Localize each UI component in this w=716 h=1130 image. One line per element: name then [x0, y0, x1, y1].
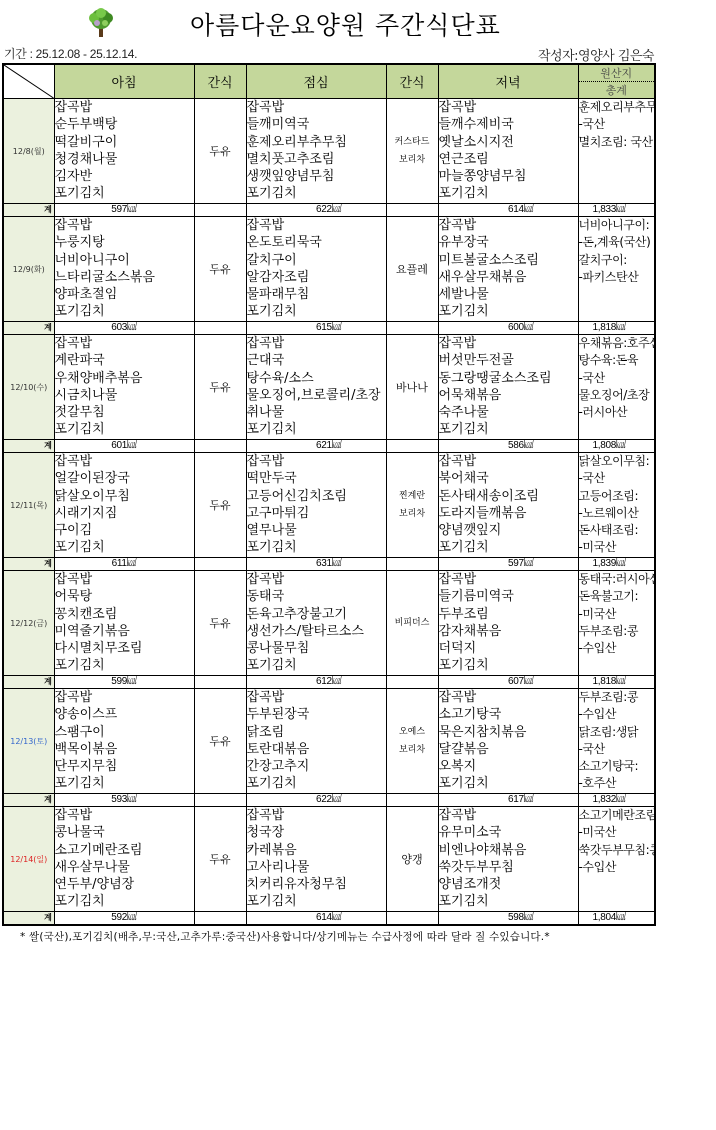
snack1-cell: 두유 — [194, 217, 246, 322]
menu-item: 옛날소시지전 — [439, 134, 578, 151]
menu-item: 버섯만두전골 — [439, 352, 578, 369]
snack2-cell: 찐계란보리차 — [386, 453, 438, 558]
menu-item: -국산 — [579, 470, 655, 487]
snack2-cell: 커스타드보리차 — [386, 99, 438, 204]
menu-item: 갈치구이 — [247, 252, 386, 269]
menu-item: 콩나물무침 — [247, 640, 386, 657]
diagonal-corner-cell — [3, 64, 54, 99]
menu-item: 포기김치 — [247, 539, 386, 556]
menu-item: 잡곡밥 — [55, 335, 194, 352]
col-header-breakfast: 아침 — [54, 64, 194, 99]
menu-item: 돈육불고기: — [579, 588, 655, 605]
menu-item: 잡곡밥 — [439, 807, 578, 824]
menu-item: 단무지무침 — [55, 758, 194, 775]
menu-item: 순두부백탕 — [55, 116, 194, 133]
total-row-label: 계 — [3, 912, 54, 926]
menu-item: 김자반 — [55, 168, 194, 185]
menu-item: 잡곡밥 — [247, 217, 386, 234]
empty-cell — [386, 676, 438, 689]
menu-item: 포기김치 — [247, 657, 386, 674]
lunch-cell: 잡곡밥들깨미역국훈제오리부추무침멸치풋고추조림생깻잎양념무침포기김치 — [246, 99, 386, 204]
menu-item: -국산 — [579, 741, 655, 758]
total-row-label: 계 — [3, 794, 54, 807]
menu-item: -수입산 — [579, 640, 655, 657]
menu-item: 토란대볶음 — [247, 741, 386, 758]
menu-item: 포기김치 — [55, 657, 194, 674]
day-total-kcal: 1,818㎉ — [578, 322, 655, 335]
day-row: 12/9(화)잡곡밥누룽지탕너비아니구이느타리굴소스볶음양파초절임포기김치두유잡… — [3, 217, 655, 322]
menu-item: 잡곡밥 — [55, 99, 194, 116]
menu-item: 계란파국 — [55, 352, 194, 369]
menu-item: 잡곡밥 — [55, 689, 194, 706]
breakfast-kcal: 593㎉ — [54, 794, 194, 807]
menu-item: 잡곡밥 — [439, 99, 578, 116]
menu-item: 물오징어/초장 — [579, 387, 655, 404]
menu-item: 묵은지참치볶음 — [439, 724, 578, 741]
origin-cell: 훈제오리부추무침: -국산멸치조림: 국산 — [578, 99, 655, 204]
kcal-total-row: 계597㎉622㎉614㎉1,833㎉ — [3, 204, 655, 217]
snack2-cell: 오예스보리차 — [386, 689, 438, 794]
menu-item: 포기김치 — [247, 185, 386, 202]
empty-cell — [194, 676, 246, 689]
day-row: 12/14(일)잡곡밥콩나물국소고기메란조림새우살무나물연두부/양념장포기김치두… — [3, 807, 655, 912]
menu-item: 탕수육/소스 — [247, 370, 386, 387]
menu-item: 구이김 — [55, 522, 194, 539]
day-total-kcal: 1,808㎉ — [578, 440, 655, 453]
col-header-dinner: 저녁 — [438, 64, 578, 99]
menu-item: 고등어신김치조림 — [247, 488, 386, 505]
menu-item: 포기김치 — [439, 539, 578, 556]
menu-item: 백목이볶음 — [55, 741, 194, 758]
menu-item: 떡만두국 — [247, 470, 386, 487]
menu-item: 시래기지짐 — [55, 505, 194, 522]
dinner-kcal: 586㎉ — [438, 440, 578, 453]
menu-item: 두부조림:콩 — [579, 623, 655, 640]
empty-cell — [194, 440, 246, 453]
menu-item: 닭살오이무침 — [55, 488, 194, 505]
menu-item: 멸치풋고추조림 — [247, 151, 386, 168]
kcal-total-row: 계601㎉621㎉586㎉1,808㎉ — [3, 440, 655, 453]
lunch-cell: 잡곡밥떡만두국고등어신김치조림고구마튀김열무나물포기김치 — [246, 453, 386, 558]
breakfast-cell: 잡곡밥누룽지탕너비아니구이느타리굴소스볶음양파초절임포기김치 — [54, 217, 194, 322]
menu-item: 느타리굴소스볶음 — [55, 269, 194, 286]
menu-item: 도라지들깨볶음 — [439, 505, 578, 522]
dinner-cell: 잡곡밥소고기탕국묵은지참치볶음달걀볶음오복지포기김치 — [438, 689, 578, 794]
period-label: 기간 : 25.12.08 - 25.12.14. — [4, 45, 137, 62]
menu-item: 쑥갓두부무침 — [439, 859, 578, 876]
menu-item: 연근조림 — [439, 151, 578, 168]
origin-cell: 너비아니구이: -돈,계육(국산)갈치구이: -파키스탄산 — [578, 217, 655, 322]
menu-item: 양념조개젓 — [439, 876, 578, 893]
dinner-kcal: 617㎉ — [438, 794, 578, 807]
menu-item: 잡곡밥 — [439, 217, 578, 234]
day-total-kcal: 1,804㎉ — [578, 912, 655, 926]
menu-item: 젓갈무침 — [55, 404, 194, 421]
menu-item: -국산 — [579, 116, 655, 133]
dinner-kcal: 607㎉ — [438, 676, 578, 689]
breakfast-cell: 잡곡밥얼갈이된장국닭살오이무침시래기지짐구이김포기김치 — [54, 453, 194, 558]
menu-item: 탕수육:돈육 — [579, 352, 655, 369]
day-total-kcal: 1,818㎉ — [578, 676, 655, 689]
day-label: 12/11(목) — [3, 453, 54, 558]
lunch-kcal: 614㎉ — [246, 912, 386, 926]
menu-item: 돈육고추장불고기 — [247, 606, 386, 623]
menu-item: 양파초절임 — [55, 286, 194, 303]
lunch-kcal: 615㎉ — [246, 322, 386, 335]
menu-item: 돈사태조림: — [579, 522, 655, 539]
empty-cell — [386, 322, 438, 335]
menu-item: 오복지 — [439, 758, 578, 775]
total-row-label: 계 — [3, 204, 54, 217]
snack2-cell: 바나나 — [386, 335, 438, 440]
menu-item: 달걀볶음 — [439, 741, 578, 758]
menu-item: 생선가스/탈타르소스 — [247, 623, 386, 640]
day-row: 12/11(목)잡곡밥얼갈이된장국닭살오이무침시래기지짐구이김포기김치두유잡곡밥… — [3, 453, 655, 558]
menu-item: 두부조림:콩 — [579, 689, 655, 706]
breakfast-kcal: 592㎉ — [54, 912, 194, 926]
menu-item: 더덕지 — [439, 640, 578, 657]
menu-item: 쑥갓두부무침:콩 — [579, 842, 655, 859]
dinner-kcal: 598㎉ — [438, 912, 578, 926]
col-header-snack2: 간식 — [386, 64, 438, 99]
menu-item: 갈치구이: — [579, 252, 655, 269]
menu-item: 청국장 — [247, 824, 386, 841]
menu-item: 포기김치 — [55, 539, 194, 556]
menu-item: 포기김치 — [55, 421, 194, 438]
snack1-cell: 두유 — [194, 99, 246, 204]
menu-item: 얼갈이된장국 — [55, 470, 194, 487]
footer-note: * 쌀(국산),포기김치(배추,무:국산,고추가루:중국산)사용합니다/상기메뉴… — [20, 929, 550, 944]
dinner-cell: 잡곡밥북어채국돈사태새송이조림도라지들깨볶음양념깻잎지포기김치 — [438, 453, 578, 558]
menu-item: -미국산 — [579, 539, 655, 556]
menu-item: -돈,계육(국산) — [579, 234, 655, 251]
menu-item: 포기김치 — [247, 303, 386, 320]
menu-item: 스팸구이 — [55, 724, 194, 741]
day-label: 12/14(일) — [3, 807, 54, 912]
day-label: 12/8(월) — [3, 99, 54, 204]
menu-item: 포기김치 — [55, 185, 194, 202]
menu-item: 시금치나물 — [55, 387, 194, 404]
menu-item: 닭조림:생닭 — [579, 724, 655, 741]
menu-item: 청경채나물 — [55, 151, 194, 168]
menu-item: 고사리나물 — [247, 859, 386, 876]
menu-item: 소고기탕국: — [579, 758, 655, 775]
menu-item: 포기김치 — [439, 657, 578, 674]
col-header-snack1: 간식 — [194, 64, 246, 99]
menu-item: 다시멸치무조림 — [55, 640, 194, 657]
menu-item: 열무나물 — [247, 522, 386, 539]
menu-item: 미역줄기볶음 — [55, 623, 194, 640]
snack1-cell: 두유 — [194, 571, 246, 676]
menu-item: 포기김치 — [439, 303, 578, 320]
lunch-kcal: 612㎉ — [246, 676, 386, 689]
menu-item: 잡곡밥 — [439, 335, 578, 352]
menu-item: 우채볶음:호주산 — [579, 335, 655, 352]
menu-item: 잡곡밥 — [55, 571, 194, 588]
empty-cell — [386, 204, 438, 217]
snack1-cell: 두유 — [194, 453, 246, 558]
day-row: 12/13(토)잡곡밥양송이스프스팸구이백목이볶음단무지무침포기김치두유잡곡밥두… — [3, 689, 655, 794]
menu-item: 양송이스프 — [55, 706, 194, 723]
menu-item: 소고기탕국 — [439, 706, 578, 723]
menu-item: 누룽지탕 — [55, 234, 194, 251]
empty-cell — [194, 322, 246, 335]
menu-item: 물파래무침 — [247, 286, 386, 303]
menu-item: 마늘쫑양념무침 — [439, 168, 578, 185]
menu-item: 새우살무채볶음 — [439, 269, 578, 286]
menu-item: 꽁치캔조림 — [55, 606, 194, 623]
menu-item: 포기김치 — [247, 421, 386, 438]
menu-item: 잡곡밥 — [439, 689, 578, 706]
total-row-label: 계 — [3, 322, 54, 335]
menu-item: 알감자조림 — [247, 269, 386, 286]
lunch-cell: 잡곡밥두부된장국닭조림토란대볶음간장고추지포기김치 — [246, 689, 386, 794]
menu-item: 온도토리묵국 — [247, 234, 386, 251]
lunch-kcal: 622㎉ — [246, 204, 386, 217]
col-header-lunch: 점심 — [246, 64, 386, 99]
kcal-total-row: 계592㎉614㎉598㎉1,804㎉ — [3, 912, 655, 926]
menu-item: 두부된장국 — [247, 706, 386, 723]
dinner-kcal: 597㎉ — [438, 558, 578, 571]
empty-cell — [386, 558, 438, 571]
empty-cell — [194, 912, 246, 926]
origin-cell: 동태국:러시아산돈육불고기: -미국산두부조림:콩 -수입산 — [578, 571, 655, 676]
menu-item: -국산 — [579, 370, 655, 387]
origin-cell: 닭살오이무침: -국산고등어조림: -노르웨이산돈사태조림: -미국산 — [578, 453, 655, 558]
menu-item: 포기김치 — [439, 421, 578, 438]
menu-item: -파키스탄산 — [579, 269, 655, 286]
menu-item: 잡곡밥 — [247, 689, 386, 706]
menu-item: -수입산 — [579, 706, 655, 723]
snack1-cell: 두유 — [194, 335, 246, 440]
origin-cell: 우채볶음:호주산탕수육:돈육 -국산물오징어/초장 -러시아산 — [578, 335, 655, 440]
page-title: 아름다운요양원 주간식단표 — [190, 6, 501, 42]
menu-item: 감자채볶음 — [439, 623, 578, 640]
day-label: 12/9(화) — [3, 217, 54, 322]
breakfast-cell: 잡곡밥콩나물국소고기메란조림새우살무나물연두부/양념장포기김치 — [54, 807, 194, 912]
menu-item: 멸치조림: 국산 — [579, 134, 655, 151]
menu-item: 잡곡밥 — [55, 807, 194, 824]
menu-item: 잡곡밥 — [247, 99, 386, 116]
menu-item: 미트볼굴소스조림 — [439, 252, 578, 269]
total-row-label: 계 — [3, 558, 54, 571]
lunch-cell: 잡곡밥청국장카레볶음고사리나물치커리유자청무침포기김치 — [246, 807, 386, 912]
menu-item: 생깻잎양념무침 — [247, 168, 386, 185]
table-header-row: 아침 간식 점심 간식 저녁 원산지총계 — [3, 64, 655, 99]
menu-item: -노르웨이산 — [579, 505, 655, 522]
menu-item: 훈제오리부추무침: — [579, 99, 655, 116]
menu-item: 너비아니구이 — [55, 252, 194, 269]
menu-item: 치커리유자청무침 — [247, 876, 386, 893]
breakfast-cell: 잡곡밥순두부백탕떡갈비구이청경채나물김자반포기김치 — [54, 99, 194, 204]
menu-item: 잡곡밥 — [247, 571, 386, 588]
origin-cell: 소고기메란조림: -미국산쑥갓두부무침:콩 -수입산 — [578, 807, 655, 912]
lunch-cell: 잡곡밥동태국돈육고추장불고기생선가스/탈타르소스콩나물무침포기김치 — [246, 571, 386, 676]
menu-item: -미국산 — [579, 606, 655, 623]
empty-cell — [194, 558, 246, 571]
col-header-origin-total: 원산지총계 — [578, 64, 655, 99]
breakfast-cell: 잡곡밥양송이스프스팸구이백목이볶음단무지무침포기김치 — [54, 689, 194, 794]
lunch-cell: 잡곡밥근대국탕수육/소스물오징어,브로콜리/초장취나물포기김치 — [246, 335, 386, 440]
menu-item: 잡곡밥 — [55, 217, 194, 234]
menu-item: 동그랑땡굴소스조림 — [439, 370, 578, 387]
empty-cell — [194, 794, 246, 807]
menu-item: -호주산 — [579, 775, 655, 792]
lunch-kcal: 621㎉ — [246, 440, 386, 453]
menu-item: 유부장국 — [439, 234, 578, 251]
menu-item: 잡곡밥 — [247, 335, 386, 352]
breakfast-kcal: 611㎉ — [54, 558, 194, 571]
day-label: 12/13(토) — [3, 689, 54, 794]
kcal-total-row: 계599㎉612㎉607㎉1,818㎉ — [3, 676, 655, 689]
origin-cell: 두부조림:콩 -수입산닭조림:생닭 -국산소고기탕국: -호주산 — [578, 689, 655, 794]
menu-item: 떡갈비구이 — [55, 134, 194, 151]
menu-item: 연두부/양념장 — [55, 876, 194, 893]
day-label: 12/12(금) — [3, 571, 54, 676]
menu-item: 세발나물 — [439, 286, 578, 303]
kcal-total-row: 계611㎉631㎉597㎉1,839㎉ — [3, 558, 655, 571]
menu-item: 두부조림 — [439, 606, 578, 623]
menu-item: 동태국:러시아산 — [579, 571, 655, 588]
menu-item: 고등어조림: — [579, 488, 655, 505]
day-total-kcal: 1,832㎉ — [578, 794, 655, 807]
dinner-kcal: 600㎉ — [438, 322, 578, 335]
empty-cell — [386, 794, 438, 807]
day-total-kcal: 1,839㎉ — [578, 558, 655, 571]
menu-item: 들깨미역국 — [247, 116, 386, 133]
menu-item: 어묵탕 — [55, 588, 194, 605]
menu-item: 근대국 — [247, 352, 386, 369]
day-label: 12/10(수) — [3, 335, 54, 440]
day-row: 12/12(금)잡곡밥어묵탕꽁치캔조림미역줄기볶음다시멸치무조림포기김치두유잡곡… — [3, 571, 655, 676]
empty-cell — [386, 912, 438, 926]
menu-item: 어묵채볶음 — [439, 387, 578, 404]
menu-item: 동태국 — [247, 588, 386, 605]
menu-item: 유무미소국 — [439, 824, 578, 841]
menu-item: 들기름미역국 — [439, 588, 578, 605]
tree-logo-icon — [84, 8, 118, 38]
menu-item: 콩나물국 — [55, 824, 194, 841]
menu-item: 취나물 — [247, 404, 386, 421]
total-row-label: 계 — [3, 440, 54, 453]
menu-item: 소고기메란조림 — [55, 842, 194, 859]
total-row-label: 계 — [3, 676, 54, 689]
menu-item: 포기김치 — [55, 303, 194, 320]
menu-item: 잡곡밥 — [55, 453, 194, 470]
empty-cell — [386, 440, 438, 453]
snack1-cell: 두유 — [194, 807, 246, 912]
menu-item: -수입산 — [579, 859, 655, 876]
menu-item: 새우살무나물 — [55, 859, 194, 876]
lunch-kcal: 631㎉ — [246, 558, 386, 571]
dinner-kcal: 614㎉ — [438, 204, 578, 217]
menu-item: 소고기메란조림: — [579, 807, 655, 824]
menu-item: 들깨수제비국 — [439, 116, 578, 133]
breakfast-kcal: 601㎉ — [54, 440, 194, 453]
breakfast-cell: 잡곡밥어묵탕꽁치캔조림미역줄기볶음다시멸치무조림포기김치 — [54, 571, 194, 676]
dinner-cell: 잡곡밥들기름미역국두부조림감자채볶음더덕지포기김치 — [438, 571, 578, 676]
menu-item: 포기김치 — [55, 775, 194, 792]
author-label: 작성자:영양사 김은숙 — [538, 45, 654, 64]
menu-item: 잡곡밥 — [439, 453, 578, 470]
dinner-cell: 잡곡밥들깨수제비국옛날소시지전연근조림마늘쫑양념무침포기김치 — [438, 99, 578, 204]
menu-item: 포기김치 — [439, 185, 578, 202]
total-label: 총계 — [579, 82, 655, 98]
menu-item: -미국산 — [579, 824, 655, 841]
menu-item: 양념깻잎지 — [439, 522, 578, 539]
snack2-cell: 양갱 — [386, 807, 438, 912]
menu-item: 물오징어,브로콜리/초장 — [247, 387, 386, 404]
day-total-kcal: 1,833㎉ — [578, 204, 655, 217]
menu-item: 닭살오이무침: — [579, 453, 655, 470]
day-row: 12/8(월)잡곡밥순두부백탕떡갈비구이청경채나물김자반포기김치두유잡곡밥들깨미… — [3, 99, 655, 204]
empty-cell — [194, 204, 246, 217]
menu-item: 돈사태새송이조림 — [439, 488, 578, 505]
kcal-total-row: 계593㎉622㎉617㎉1,832㎉ — [3, 794, 655, 807]
breakfast-kcal: 599㎉ — [54, 676, 194, 689]
menu-item: 잡곡밥 — [247, 807, 386, 824]
breakfast-cell: 잡곡밥계란파국우채양배추볶음시금치나물젓갈무침포기김치 — [54, 335, 194, 440]
lunch-cell: 잡곡밥온도토리묵국갈치구이알감자조림물파래무침포기김치 — [246, 217, 386, 322]
menu-item: 포기김치 — [439, 775, 578, 792]
menu-item: 포기김치 — [247, 775, 386, 792]
breakfast-kcal: 603㎉ — [54, 322, 194, 335]
kcal-total-row: 계603㎉615㎉600㎉1,818㎉ — [3, 322, 655, 335]
menu-item: 잡곡밥 — [439, 571, 578, 588]
weekly-menu-table: 아침 간식 점심 간식 저녁 원산지총계 12/8(월)잡곡밥순두부백탕떡갈비구… — [2, 63, 656, 926]
lunch-kcal: 622㎉ — [246, 794, 386, 807]
menu-item: 닭조림 — [247, 724, 386, 741]
menu-item: 훈제오리부추무침 — [247, 134, 386, 151]
menu-item: 포기김치 — [439, 893, 578, 910]
menu-item: 카레볶음 — [247, 842, 386, 859]
dinner-cell: 잡곡밥유무미소국비엔나야채볶음쑥갓두부무침양념조개젓포기김치 — [438, 807, 578, 912]
menu-item: 포기김치 — [247, 893, 386, 910]
menu-item: 우채양배추볶음 — [55, 370, 194, 387]
menu-item: 고구마튀김 — [247, 505, 386, 522]
menu-item: 숙주나물 — [439, 404, 578, 421]
snack1-cell: 두유 — [194, 689, 246, 794]
snack2-cell: 비피더스 — [386, 571, 438, 676]
menu-item: 포기김치 — [55, 893, 194, 910]
menu-item: 간장고추지 — [247, 758, 386, 775]
dinner-cell: 잡곡밥유부장국미트볼굴소스조림새우살무채볶음세발나물포기김치 — [438, 217, 578, 322]
snack2-cell: 요플레 — [386, 217, 438, 322]
menu-item: 비엔나야채볶음 — [439, 842, 578, 859]
menu-item: 잡곡밥 — [247, 453, 386, 470]
breakfast-kcal: 597㎉ — [54, 204, 194, 217]
dinner-cell: 잡곡밥버섯만두전골동그랑땡굴소스조림어묵채볶음숙주나물포기김치 — [438, 335, 578, 440]
day-row: 12/10(수)잡곡밥계란파국우채양배추볶음시금치나물젓갈무침포기김치두유잡곡밥… — [3, 335, 655, 440]
menu-item: 북어채국 — [439, 470, 578, 487]
origin-label: 원산지 — [579, 65, 655, 82]
menu-item: 너비아니구이: — [579, 217, 655, 234]
menu-item: -러시아산 — [579, 404, 655, 421]
